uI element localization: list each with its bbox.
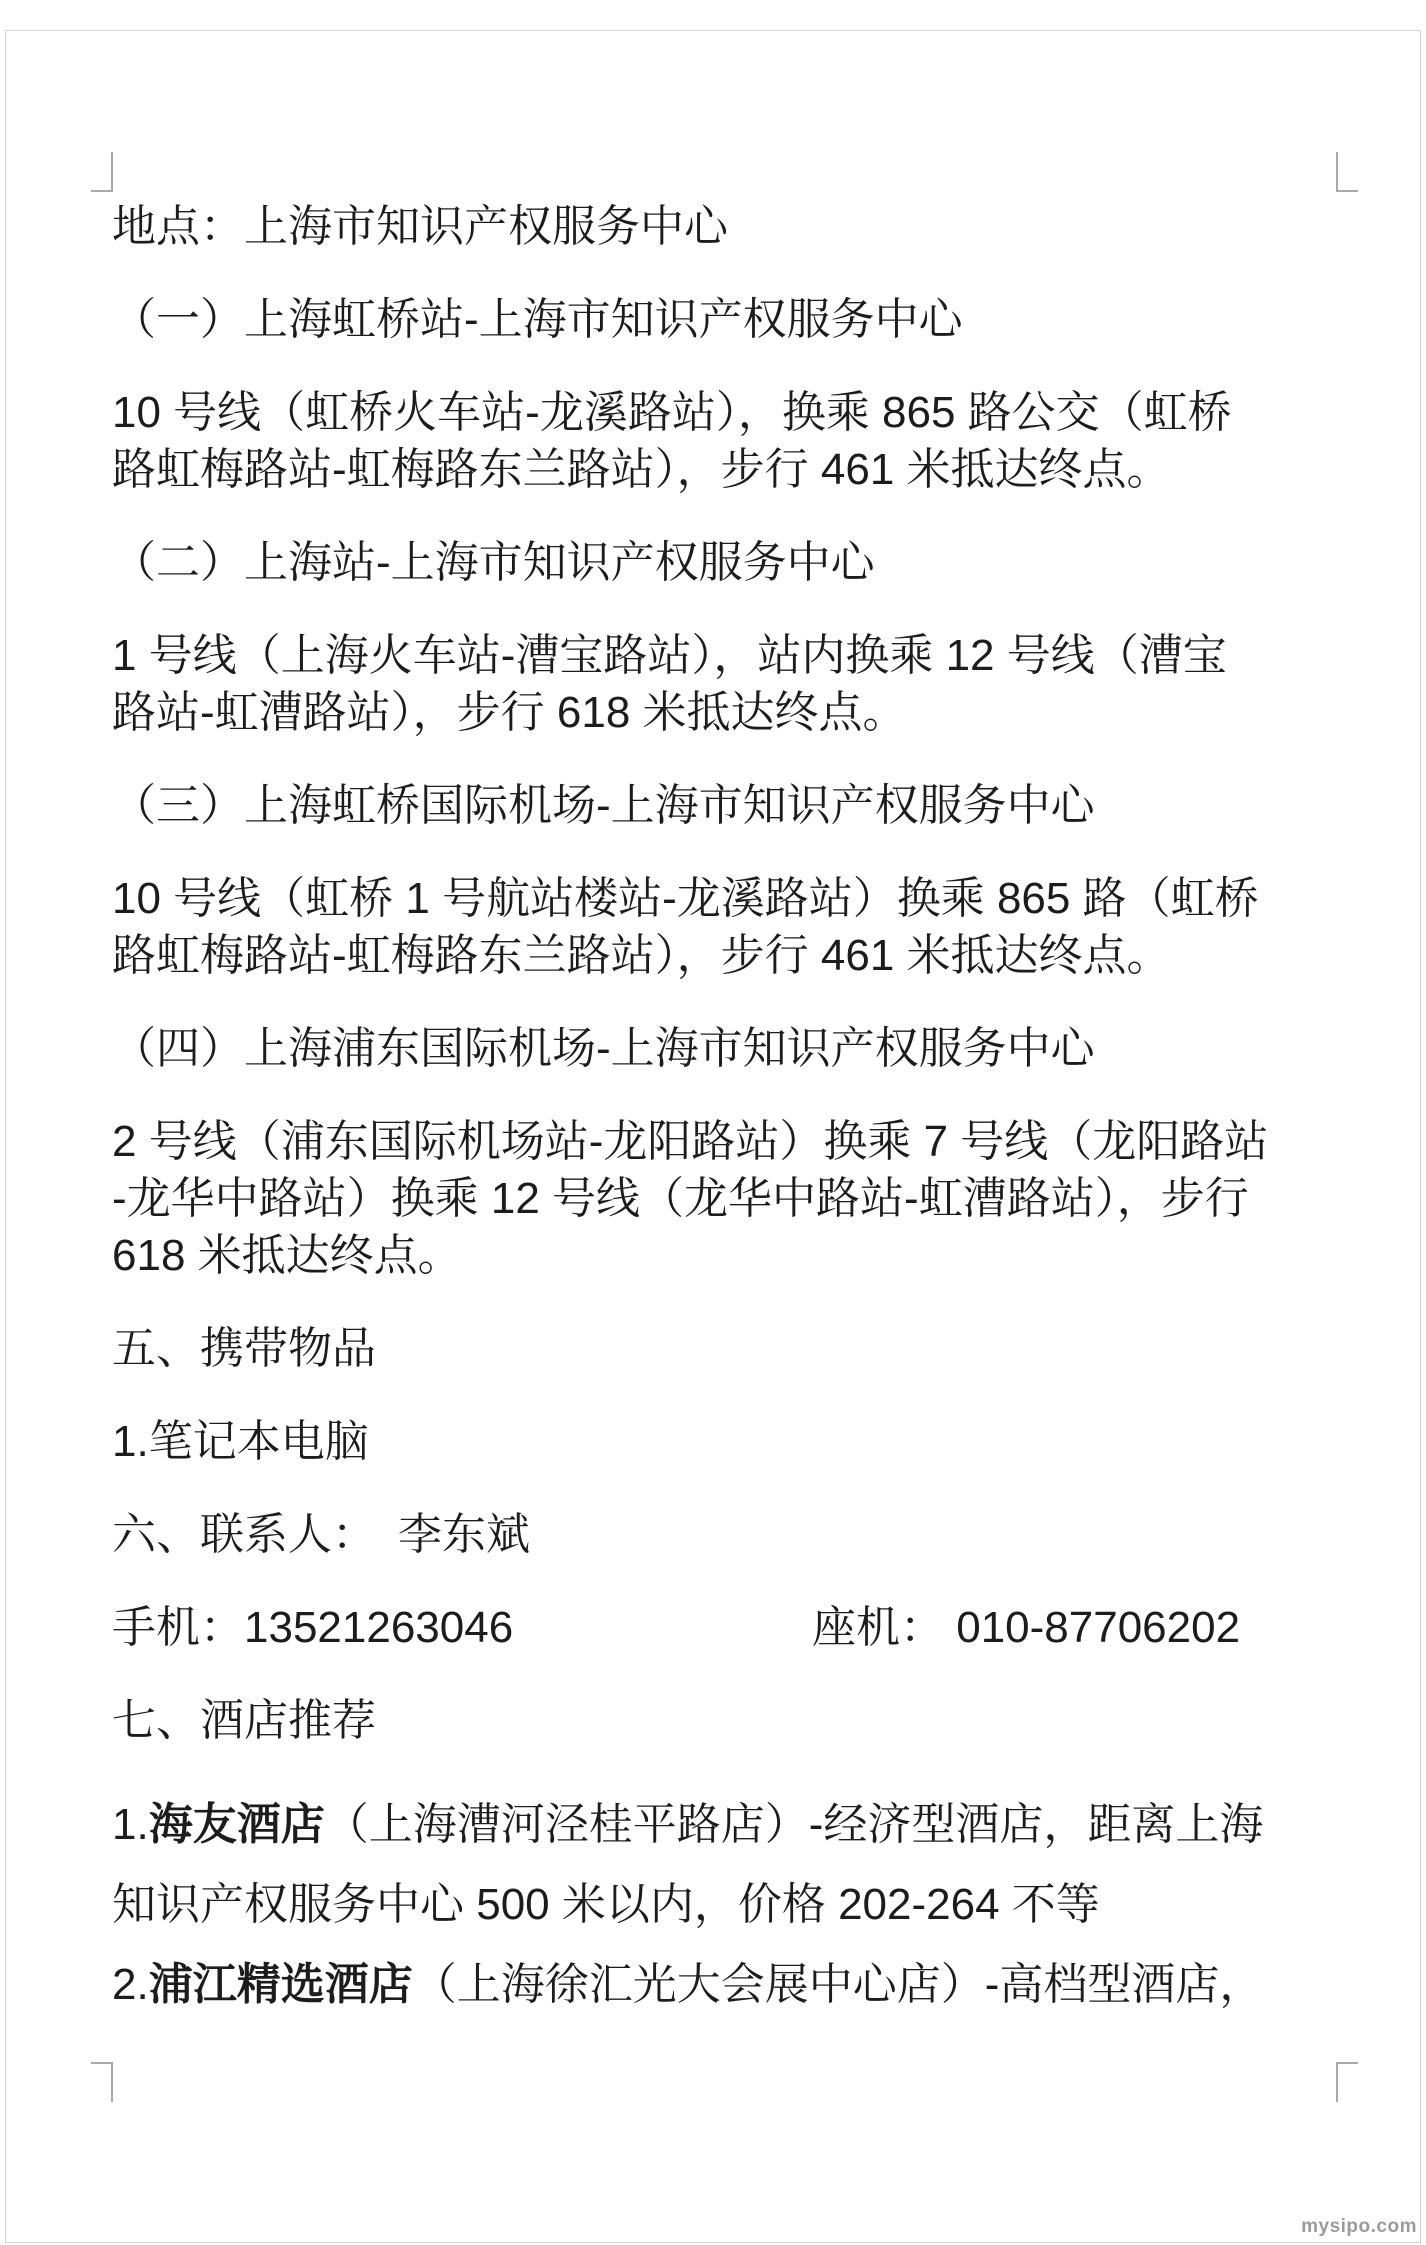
hotel-description: （上海徐汇光大会展中心店）-高档型酒店， xyxy=(413,1960,1264,2009)
hotel-item: 1.海友酒店（上海漕河泾桂平路店）-经济型酒店，距离上海 知识产权服务中心 50… xyxy=(112,1785,1362,1945)
landline-phone: 座机： 010-87706202 xyxy=(812,1599,1240,1656)
crop-mark-top-left xyxy=(111,152,113,192)
crop-mark-bottom-right xyxy=(1336,2062,1358,2064)
hotel-item: 2.浦江精选酒店（上海徐汇光大会展中心店）-高档型酒店， xyxy=(112,1945,1362,2025)
mobile-phone: 手机：13521263046 xyxy=(112,1603,513,1652)
hotel-name: 海友酒店 xyxy=(149,1800,325,1849)
hotel-number: 1. xyxy=(112,1800,149,1849)
hotel-recommendations: 1.海友酒店（上海漕河泾桂平路店）-经济型酒店，距离上海 知识产权服务中心 50… xyxy=(112,1785,1362,2025)
crop-mark-bottom-left xyxy=(111,2062,113,2102)
hotel-number: 2. xyxy=(112,1960,149,2009)
route4-heading: （四）上海浦东国际机场-上海市知识产权服务中心 xyxy=(112,1020,1362,1077)
crop-mark-bottom-left xyxy=(91,2062,113,2064)
carry-item-laptop: 1.笔记本电脑 xyxy=(112,1413,1362,1470)
route3-heading: （三）上海虹桥国际机场-上海市知识产权服务中心 xyxy=(112,777,1362,834)
crop-mark-bottom-right xyxy=(1336,2062,1338,2102)
crop-mark-top-left xyxy=(91,190,113,192)
route3-directions: 10 号线（虹桥 1 号航站楼站-龙溪路站）换乘 865 路（虹桥 路虹梅路站-… xyxy=(112,870,1362,984)
contact-phone-line: 手机：13521263046座机： 010-87706202 xyxy=(112,1599,1362,1656)
crop-mark-top-right xyxy=(1336,190,1358,192)
crop-mark-top-right xyxy=(1336,152,1338,192)
section6-contact-heading: 六、联系人： 李东斌 xyxy=(112,1506,1362,1563)
route1-heading: （一）上海虹桥站-上海市知识产权服务中心 xyxy=(112,291,1362,348)
route2-directions: 1 号线（上海火车站-漕宝路站），站内换乘 12 号线（漕宝 路站-虹漕路站），… xyxy=(112,627,1362,741)
section5-heading: 五、携带物品 xyxy=(112,1320,1362,1377)
section7-hotels-heading: 七、酒店推荐 xyxy=(112,1692,1362,1749)
hotel-name: 浦江精选酒店 xyxy=(149,1960,413,2009)
route1-directions: 10 号线（虹桥火车站-龙溪路站），换乘 865 路公交（虹桥 路虹梅路站-虹梅… xyxy=(112,384,1362,498)
location-line: 地点：上海市知识产权服务中心 xyxy=(112,198,1362,255)
route2-heading: （二）上海站-上海市知识产权服务中心 xyxy=(112,534,1362,591)
route4-directions: 2 号线（浦东国际机场站-龙阳路站）换乘 7 号线（龙阳路站 -龙华中路站）换乘… xyxy=(112,1113,1362,1284)
site-watermark: mysipo.com xyxy=(1301,2216,1417,2238)
document-body: 地点：上海市知识产权服务中心 （一）上海虹桥站-上海市知识产权服务中心 10 号… xyxy=(112,198,1362,2025)
